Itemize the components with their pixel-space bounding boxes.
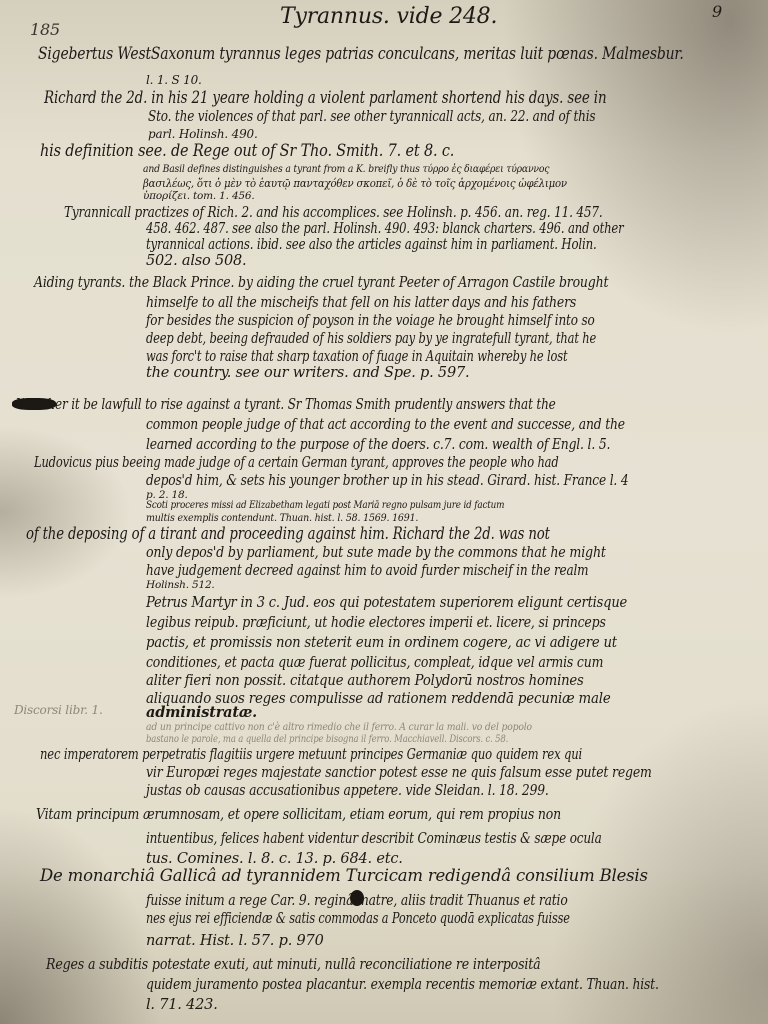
entry-vitam-line-2: intuentibus, felices habent videntur des… [146, 832, 602, 847]
entry-sigebert-line-1: Sigebertus WestSaxonum tyrannus leges pa… [38, 46, 684, 63]
entry-practizes-line-2: 458. 462. 487. see also the parl. Holins… [146, 222, 624, 237]
entry-reges-line-3: l. 71. 423. [146, 998, 218, 1013]
entry-aiding-line-3: for besides the suspicion of poyson in t… [146, 314, 595, 329]
entry-aiding-line-6: the country. see our writers. and Spe. p… [146, 366, 469, 381]
entry-petrus-line-4: conditiones, et pacta quæ fuerat pollici… [146, 656, 603, 671]
entry-reges-line-1: Reges a subditis potestate exuti, aut mi… [46, 958, 540, 973]
entry-aiding-line-1: Aiding tyrants. the Black Prince. by aid… [34, 276, 608, 291]
entry-ludovicus-line-2: depos'd him, & sets his younger brother … [146, 474, 628, 489]
entry-reges-line-2: quidem juramento postea placantur. exemp… [146, 978, 659, 993]
entry-machiavelli-line-1: ad un principe cattivo non c'è altro rim… [146, 722, 532, 733]
entry-machiavelli-line-2: bastano le parole, ma a quella del princ… [146, 734, 508, 745]
entry-petrus-line-5: aliter fieri non possit. citatque author… [146, 674, 584, 689]
manuscript-page: 185 9 Tyrannus. vide 248. Sigebertus Wes… [0, 0, 768, 1024]
entry-whether-line-3: learned according to the purpose of the … [146, 438, 610, 453]
entry-deposing-line-4: Holinsh. 512. [146, 580, 215, 591]
entry-petrus-line-7: administratæ. [146, 706, 257, 721]
entry-practizes-line-3: tyrannical actions. ibid. see also the a… [146, 238, 597, 253]
entry-monarchia-line-4: narrat. Hist. l. 57. p. 970 [146, 934, 324, 949]
entry-aiding-line-4: deep debt, beeing defrauded of his soldi… [146, 332, 596, 347]
entry-petrus-line-3: pactis, et promissis non steterit eum in… [146, 636, 617, 651]
entry-richard-line-3: parl. Holinsh. 490. [148, 128, 258, 140]
entry-monarchia-line-3: nes ejus rei efficiendæ & satis commodas… [146, 912, 570, 927]
entry-aiding-line-2: himselfe to all the mischeifs that fell … [146, 296, 576, 311]
entry-monarchia-line-1: De monarchiâ Gallicâ ad tyrannidem Turci… [40, 868, 648, 885]
margin-note-discorsi: Discorsi libr. 1. [14, 704, 103, 716]
folio-number-left: 185 [30, 22, 60, 38]
entry-practizes-line-4: 502. also 508. [146, 254, 246, 269]
entry-nec-imperatorem-line-1: nec imperatorem perpetratis flagitiis ur… [40, 748, 582, 763]
entry-scoti-line-1: Scoti proceres missi ad Elizabetham lega… [146, 500, 504, 511]
entry-deposing-line-3: have judgement decreed against him to av… [146, 564, 588, 579]
entry-whether-line-2: common people judge of that act accordin… [146, 418, 625, 433]
entry-petrus-line-2: legibus reipub. præficiunt, ut hodie ele… [146, 616, 606, 631]
entry-vitam-line-3: tus. Comines. l. 8. c. 13. p. 684. etc. [146, 852, 403, 867]
entry-richard-line-2: Sto. the violences of that parl. see oth… [148, 110, 595, 125]
entry-definition-line-4: ὑπορίζει. tom. 1. 456. [143, 191, 255, 202]
entry-deposing-line-2: only depos'd by parliament, but sute mad… [146, 546, 606, 561]
entry-practizes-line-1: Tyrannicall practizes of Rich. 2. and hi… [64, 206, 603, 221]
entry-deposing-line-1: of the deposing of a tirant and proceedi… [26, 526, 550, 543]
entry-whether-line-1: Whether it be lawfull to rise against a … [16, 398, 556, 413]
entry-aiding-line-5: was forc't to raise that sharp taxation … [146, 350, 567, 365]
ink-blot [350, 890, 364, 906]
folio-number-right: 9 [712, 4, 722, 20]
entry-sigebert-line-2: l. 1. S 10. [146, 74, 202, 86]
entry-nec-imperatorem-line-2: vir Europæi reges majestate sanctior pot… [146, 766, 652, 781]
entry-vitam-line-1: Vitam principum ærumnosam, et opere soll… [36, 808, 561, 823]
entry-ludovicus-line-1: Ludovicus pius beeing made judge of a ce… [34, 456, 559, 471]
entry-scoti-line-2: multis exemplis contendunt. Thuan. hist.… [146, 513, 418, 524]
entry-definition-line-3: βασιλέως, ὅτι ὁ μὲν τὸ ἑαυτῷ πανταχόθεν … [143, 178, 567, 189]
entry-definition-line-1: his definition see. de Rege out of Sr Th… [40, 143, 454, 160]
entry-definition-line-2: and Basil defines distinguishes a tyrant… [143, 164, 549, 175]
entry-richard-line-1: Richard the 2d. in his 21 yeare holding … [44, 90, 606, 107]
page-heading: Tyrannus. vide 248. [280, 6, 497, 28]
entry-nec-imperatorem-line-3: justas ob causas accusationibus appetere… [146, 784, 549, 799]
entry-petrus-line-1: Petrus Martyr in 3 c. Jud. eos qui potes… [146, 596, 627, 611]
